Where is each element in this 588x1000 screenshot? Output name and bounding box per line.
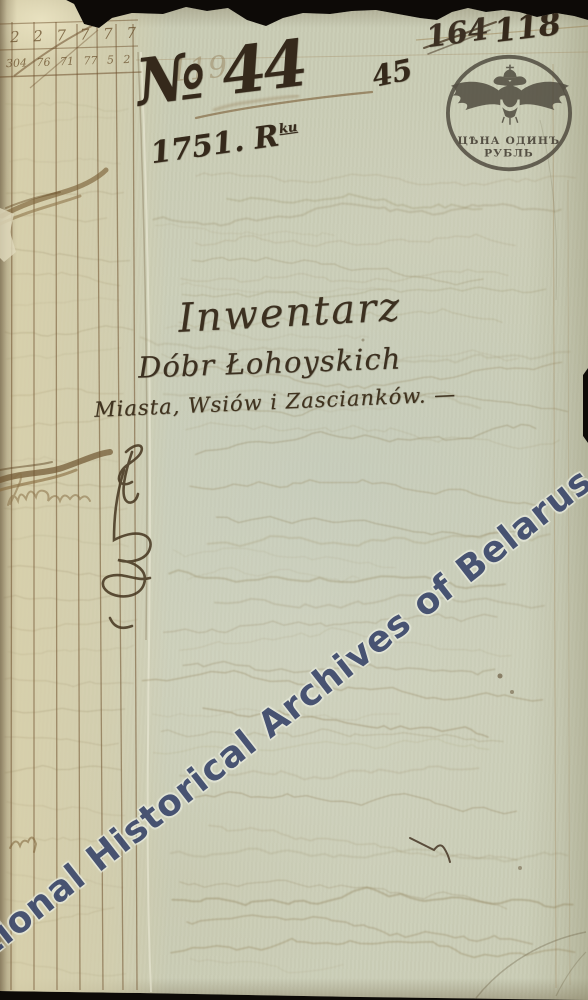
margin-mark (10, 837, 36, 852)
year-suffix: R (252, 119, 282, 157)
side-number: 45 (369, 52, 416, 94)
paper-sheet: 2 2 7 7 7 7 304 76 71 77 5 2 (0, 0, 588, 1000)
stamp-price-line2: РУБЛЬ (484, 147, 534, 160)
folio-number: 118 (492, 4, 563, 50)
title-line-inwentarz: Inwentarz (177, 284, 402, 342)
ledger-column-figures-row1: 2 2 7 7 7 7 (10, 24, 137, 46)
document-number: № 44 (132, 26, 309, 121)
year-value: 1751. (148, 123, 246, 171)
archive-watermark: National Historical Archives of Belarus (0, 460, 588, 998)
price-stamp: ЦѢНА ОДИНЪ РУБЛЬ (440, 52, 578, 178)
thread-fibers (0, 170, 110, 490)
title-line-dobr: Dóbr Łohoyskich (137, 341, 401, 384)
signature-script (8, 474, 90, 505)
crossed-out-number: 164 (424, 12, 491, 55)
stamp-price-line1: ЦѢНА ОДИНЪ (458, 134, 561, 147)
title-line-miasta: Miasta, Wsiów i Zascianków. — (94, 382, 457, 422)
year-note: 1751. Rku (148, 116, 300, 171)
document-scan: 2 2 7 7 7 7 304 76 71 77 5 2 (0, 0, 588, 1000)
year-superscript: ku (278, 120, 298, 137)
ink-squiggle (410, 838, 450, 862)
signature-flourish (103, 445, 151, 627)
torn-paper-bit (0, 208, 16, 262)
ledger-column-figures-row2: 304 76 71 77 5 2 (6, 53, 131, 70)
